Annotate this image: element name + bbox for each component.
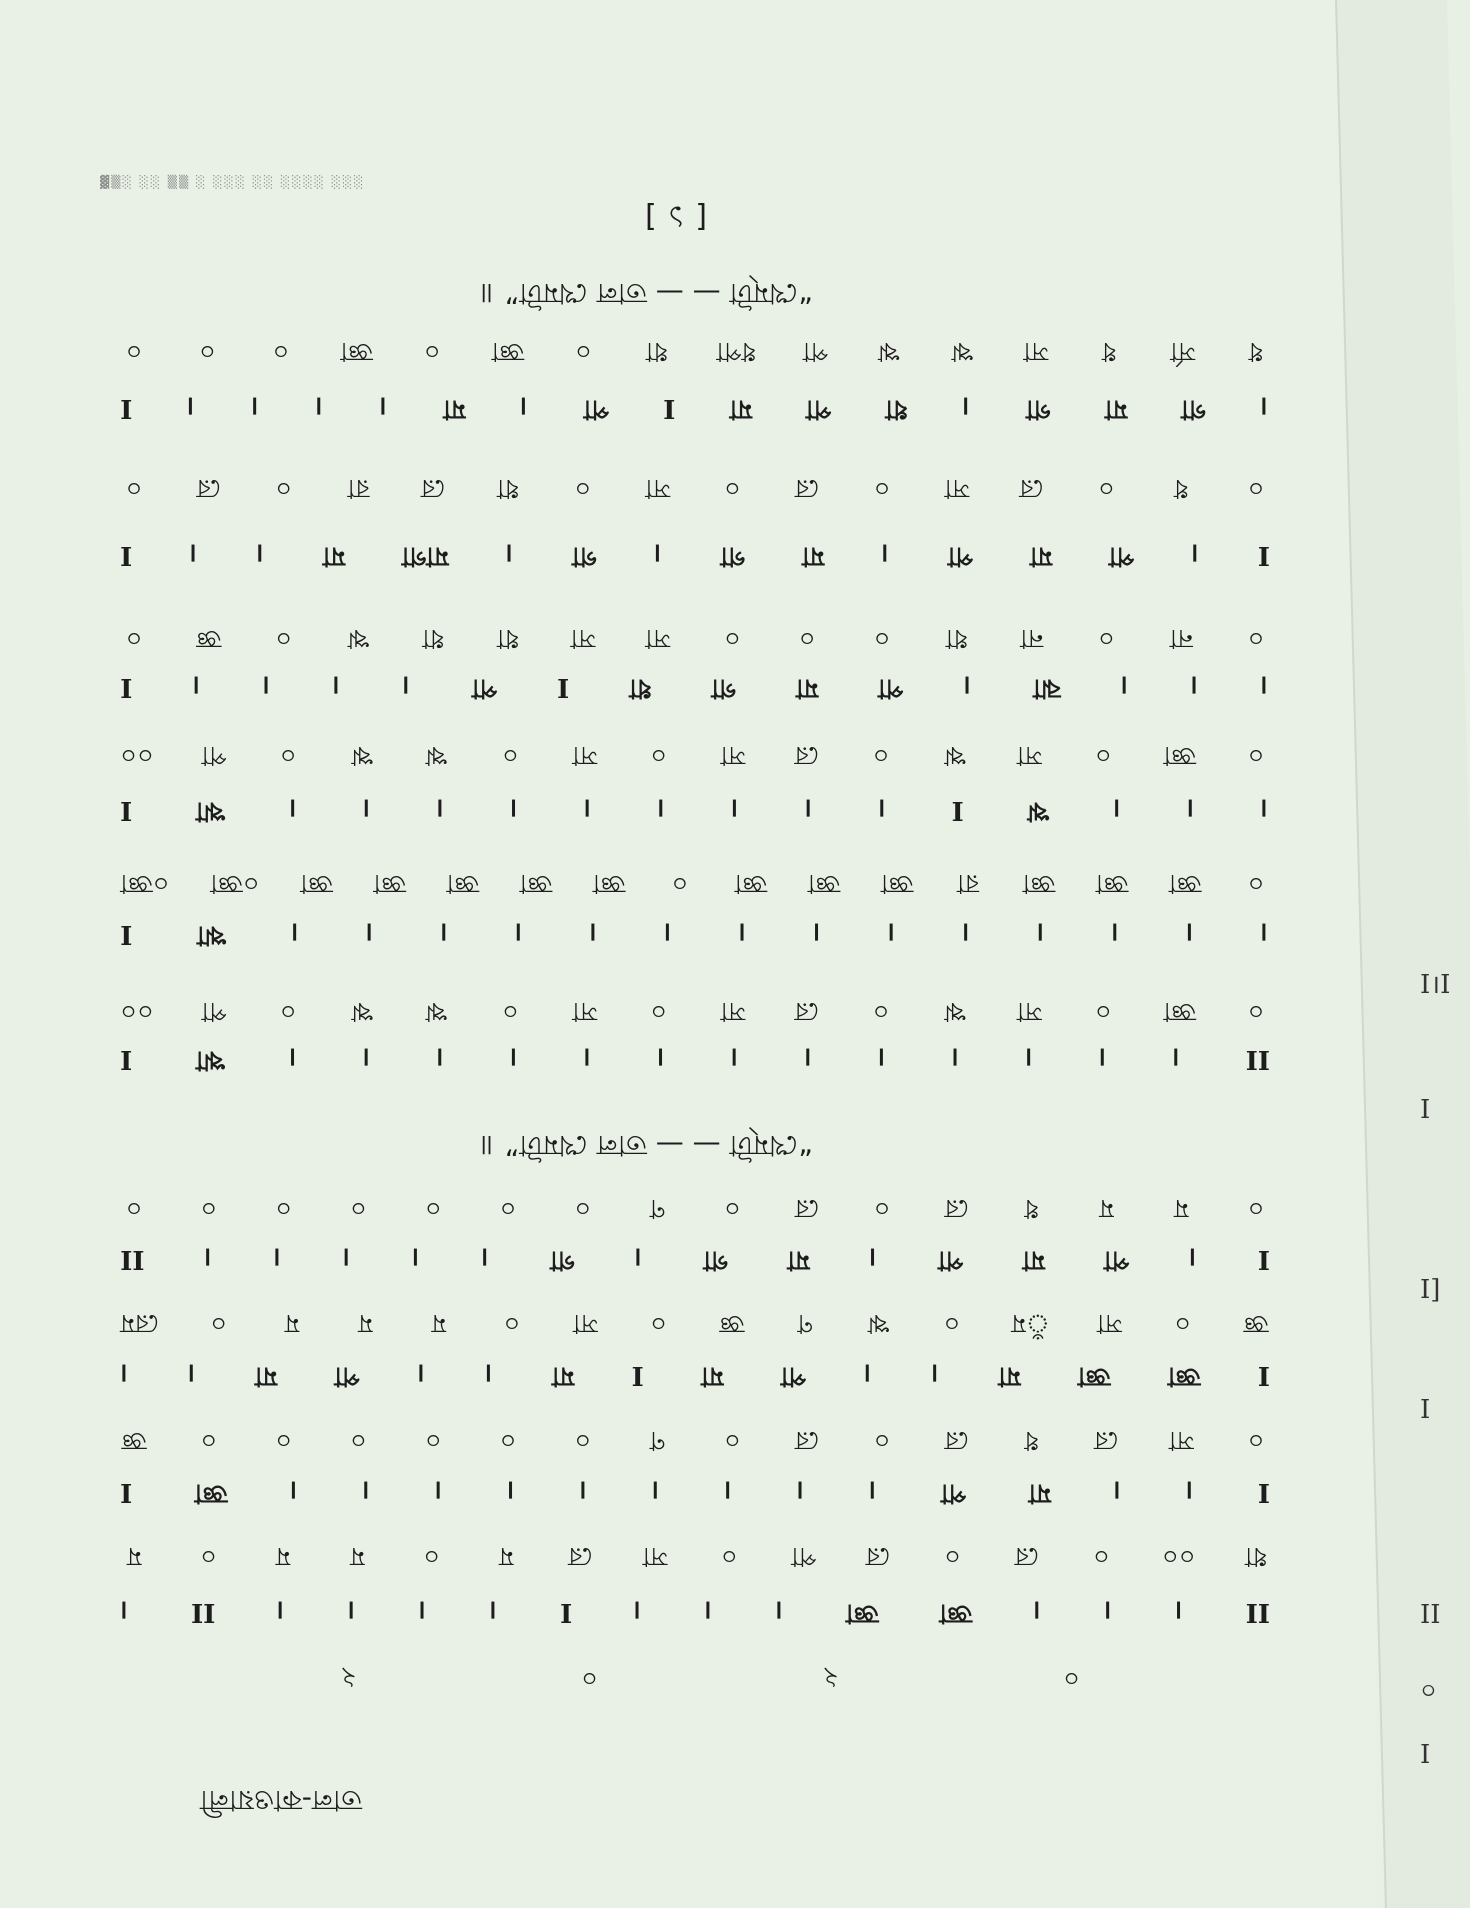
lyric-row-1: ।গামাগা।ধাপামাIপা।মা।।।।I <box>120 386 1270 430</box>
note-row-1: ধর্সাধসাঋঋপাধপাধা০জ্ঞা০জ্ঞা০০০ <box>120 328 1270 372</box>
note-row-3: ০না০নাধা০০০সাসাধাধাঋ০জ্ঞ০ <box>120 615 1270 659</box>
taal-marks-row: ০২০২ <box>340 1655 1080 1699</box>
section-heading-2: “খেম্‌টা — — তাল খেমটা” ॥ <box>480 1120 813 1167</box>
bleed-mark: II <box>1420 1600 1441 1630</box>
lyric-row-8: Iজ্ঞাজ্ঞামা।।পামাIমা।।পামা।। <box>120 1353 1270 1397</box>
note-row-7: ০মমধরে০রে০ণ০০০০০০০ <box>120 1185 1270 1229</box>
note-row-5: ০জ্ঞাজ্ঞাজ্ঞারাজ্ঞাজ্ঞাজ্ঞা০জ্ঞাজ্ঞাজ্ঞা… <box>120 860 1270 904</box>
lyric-row-10: II।।।জ্ঞাজ্ঞা।।।I।।।।II। <box>120 1590 1270 1634</box>
scanned-page: ▓▒░ ░░ ▒▒ ░ ░░░ ░░ ░░░░ ░░░ [ ১ ] “খেম্‌… <box>0 0 1375 1908</box>
bleed-mark: I <box>1420 1395 1430 1425</box>
note-row-9: ০সারেধরে০রে০ণ০০০০০০জ্ঞ <box>120 1417 1270 1461</box>
lyric-row-6: II।।।।।।।।।।।।।ঋাI <box>120 1037 1270 1081</box>
lyric-row-2: I।পামাপা।মাগা।গা।মাগামা।।I <box>120 533 1270 577</box>
lyric-row-5: ।।।।।।।।।।।।।।ঋাI <box>120 912 1270 956</box>
bleed-mark: ০ <box>1420 1670 1437 1714</box>
note-row-10: ধা০০০রে০রেপা০সারেম০মম০ম <box>120 1533 1270 1577</box>
note-row-4: ০জ্ঞা০সাঋ০রেসা০সা০ঋঋ০পা০০ <box>120 732 1270 776</box>
note-row-6: ০জ্ঞা০সাঋ০রেসা০সা০ঋঋ০পা০০ <box>120 988 1270 1032</box>
section-heading-1: “খেম্‌টা — — তাল খেমটা” ॥ <box>480 268 813 315</box>
lyric-row-7: I।পামাপা।মাগা।গা।।।।।II <box>120 1237 1270 1281</box>
bleed-mark: I <box>1420 1095 1430 1125</box>
lyric-row-3: ।।।ঝা।পামাগাধাIপা।।।।I <box>120 665 1270 709</box>
page-number: [ ১ ] <box>645 190 707 241</box>
lyric-row-4: ।।।ঋI।।।।।।।।।ঋাI <box>120 788 1270 832</box>
bleed-mark: I] <box>1420 1275 1440 1305</box>
note-row-8: জ্ঞ০সাঁম০ঋণজ্ঞ০সা০মমম০রেম <box>120 1300 1270 1344</box>
taal-label: তাল-কাওয়ালী <box>200 1775 362 1822</box>
bleed-mark: I <box>1420 1740 1430 1770</box>
note-row-2: ০ধ০রেসা০রে০সা০ধারেরা০রে০ <box>120 465 1270 509</box>
bleed-mark: I।I <box>1420 965 1450 1001</box>
faded-header-stamp: ▓▒░ ░░ ▒▒ ░ ░░░ ░░ ░░░░ ░░░ <box>100 175 460 193</box>
lyric-row-9: I।।মাপা।।।।।।।।।জ্ঞাI <box>120 1470 1270 1514</box>
